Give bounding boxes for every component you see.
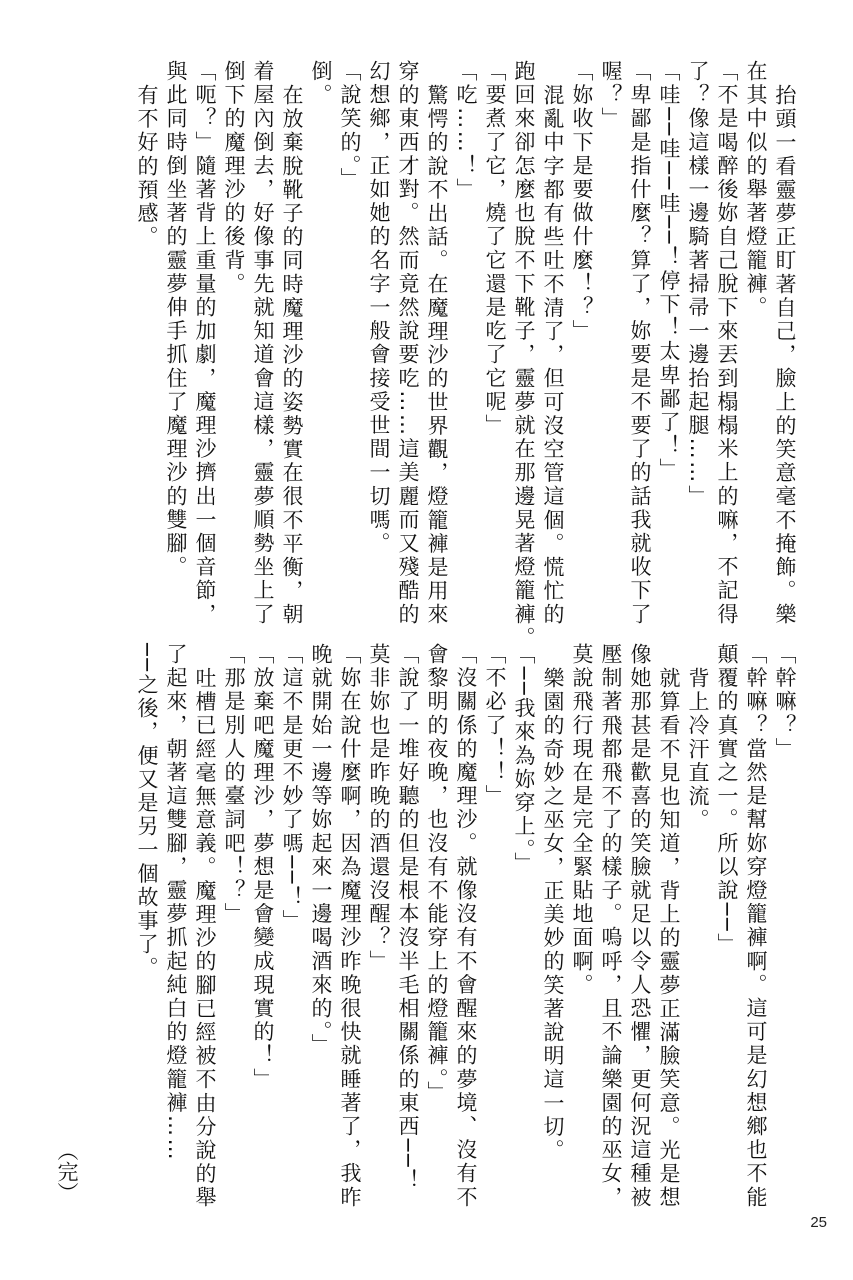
- text-column: 幻想鄉，正如她的名字一般會接受世間一切嗎。: [364, 60, 393, 600]
- text-column: 「放棄吧魔理沙，夢想是會變成現實的！」: [248, 643, 277, 1183]
- text-column: 混亂中字都有些吐不清了，但可沒空管這個。慌忙的: [538, 60, 567, 600]
- text-column: 倒。: [306, 60, 335, 600]
- page-number: 25: [810, 1214, 827, 1231]
- end-mark: （完）: [52, 1140, 81, 1203]
- text-column: 晚就開始一邊等妳起來一邊喝酒來的。」: [306, 643, 335, 1183]
- text-column: 莫說飛行現在是完全緊貼地面啊。: [567, 643, 596, 1183]
- text-column: 「幹嘛？當然是幫妳穿燈籠褲啊。這可是幻想鄉也不能: [741, 643, 770, 1183]
- text-column: 「那是別人的臺詞吧！？」: [219, 643, 248, 1183]
- text-column: 「不是喝醉後妳自己脫下來丟到榻榻米上的嘛，不記得: [712, 60, 741, 600]
- text-column: 「沒關係的魔理沙。就像沒有不會醒來的夢境、沒有不: [451, 643, 480, 1183]
- text-column: 「要煮了它，燒了它還是吃了它呢」: [480, 60, 509, 600]
- text-column: 與此同時倒坐著的靈夢伸手抓住了魔理沙的雙腳。: [161, 60, 190, 600]
- text-column: 像她那甚是歡喜的笑臉就足以令人恐懼，更何況這種被: [625, 643, 654, 1183]
- text-column: 着屋內倒去，好像事先就知道會這樣，靈夢順勢坐上了: [248, 60, 277, 600]
- text-column: 穿的東西才對。然而竟然說要吃……這美麗而又殘酷的: [393, 60, 422, 600]
- text-column: 「說笑的。」: [335, 60, 364, 600]
- text-column: 驚愕的說不出話。在魔理沙的世界觀，燈籠褲是用來: [422, 60, 451, 600]
- text-column: 「卑鄙是指什麼？算了，妳要是不要了的話我就收下了: [625, 60, 654, 600]
- text-column: 在其中似的舉著燈籠褲。: [741, 60, 770, 600]
- text-column: 了起來，朝著這雙腳，靈夢抓起純白的燈籠褲……: [161, 643, 190, 1183]
- text-column: 喔？」: [596, 60, 625, 600]
- text-column: 跑回來卻怎麼也脫不下靴子，靈夢就在那邊晃著燈籠褲。: [509, 60, 538, 600]
- text-column: 「說了一堆好聽的但是根本沒半毛相關係的東西──！: [393, 643, 422, 1183]
- text-column: 在放棄脫靴子的同時魔理沙的姿勢實在很不平衡，朝: [277, 60, 306, 600]
- text-column: 了？像這樣一邊騎著掃帚一邊抬起腿……」: [683, 60, 712, 600]
- text-column: 「妳在說什麼啊，因為魔理沙昨晚很快就睡著了，我昨: [335, 643, 364, 1183]
- text-column: 就算看不見也知道，背上的靈夢正滿臉笑意。光是想: [654, 643, 683, 1183]
- text-column: 顛覆的真實之一。所以說──」: [712, 643, 741, 1183]
- text-column: 壓制著飛都飛不了的樣子。嗚呼，且不論樂園的巫女，: [596, 643, 625, 1183]
- text-column: 「哇──哇──哇──！停下！太卑鄙了！」: [654, 60, 683, 600]
- text-column: 「──我來為妳穿上。」: [509, 643, 538, 1183]
- text-column: 樂園的奇妙之巫女，正美妙的笑著說明這一切。: [538, 643, 567, 1183]
- text-block-bottom: 「幹嘛？」「幹嘛？當然是幫妳穿燈籠褲啊。這可是幻想鄉也不能顛覆的真實之一。所以說…: [103, 643, 799, 1183]
- text-column: ──之後，便又是另一個故事了。: [132, 643, 161, 1183]
- text-column: 有不好的預感。: [132, 60, 161, 600]
- text-column: 「吃……！」: [451, 60, 480, 600]
- text-column: 「這不是更不妙了嗎──！」: [277, 643, 306, 1183]
- text-column: 抬頭一看靈夢正盯著自己，臉上的笑意毫不掩飾。樂: [770, 60, 799, 600]
- text-column: 倒下的魔理沙的後背。: [219, 60, 248, 600]
- text-column: 吐槽已經毫無意義。魔理沙的腳已經被不由分說的舉: [190, 643, 219, 1183]
- text-block-top: 抬頭一看靈夢正盯著自己，臉上的笑意毫不掩飾。樂在其中似的舉著燈籠褲。「不是喝醉後…: [103, 60, 799, 600]
- text-column: 「不必了！！」: [480, 643, 509, 1183]
- text-column: 「幹嘛？」: [770, 643, 799, 1183]
- text-column: 「呃？」隨著背上重量的加劇，魔理沙擠出一個音節，: [190, 60, 219, 600]
- text-column: 會黎明的夜晚，也沒有不能穿上的燈籠褲。」: [422, 643, 451, 1183]
- text-column: 「妳收下是要做什麼！？」: [567, 60, 596, 600]
- text-column: 莫非妳也是昨晚的酒還沒醒？」: [364, 643, 393, 1183]
- text-column: 背上冷汗直流。: [683, 643, 712, 1183]
